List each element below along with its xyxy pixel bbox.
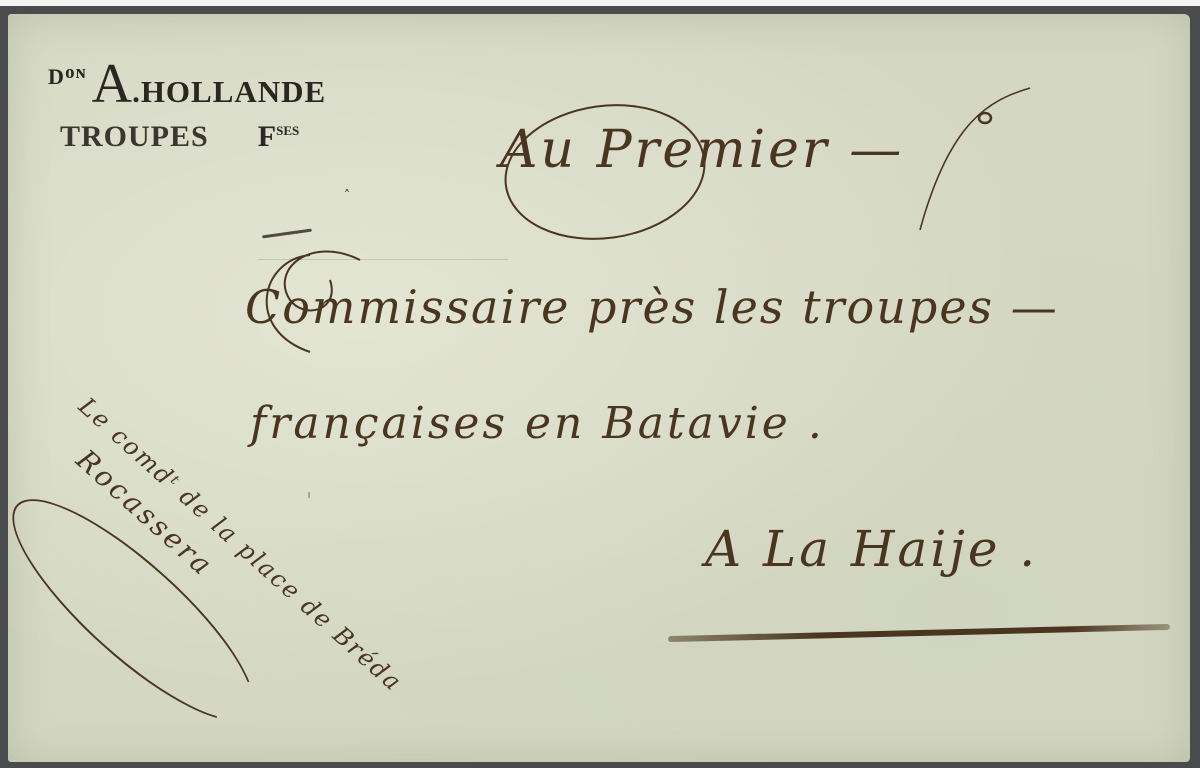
postmark-handstamp: Dᴼᴺ A.HOLLANDE TROUPES FSES ˄ xyxy=(48,58,468,168)
postmark-division-prefix: Dᴼᴺ xyxy=(48,64,87,89)
address-line-recipient-title: Au Premier — xyxy=(500,120,904,180)
postmark-francaises: FSES xyxy=(258,120,299,153)
postmark-ses-superscript: SES xyxy=(276,123,299,138)
postmark-troupes: TROUPES xyxy=(60,120,209,153)
postmark-big-letter: A xyxy=(92,53,132,115)
address-line-office: Commissaire près les troupes — xyxy=(245,280,1059,334)
postmark-line-1: Dᴼᴺ A.HOLLANDE xyxy=(48,64,326,110)
scan-top-border xyxy=(0,0,1200,6)
postmark-hollande: .HOLLANDE xyxy=(132,74,326,109)
paper-speck xyxy=(308,492,310,498)
p-ascender-flourish-icon xyxy=(910,80,1050,240)
address-line-city: A La Haije . xyxy=(705,520,1038,578)
address-line-army: françaises en Batavie . xyxy=(250,398,825,449)
postmark-small-mark: ˄ xyxy=(344,188,350,202)
postmark-line-2: TROUPES FSES xyxy=(60,120,299,154)
postmark-f-letter: F xyxy=(258,120,276,153)
